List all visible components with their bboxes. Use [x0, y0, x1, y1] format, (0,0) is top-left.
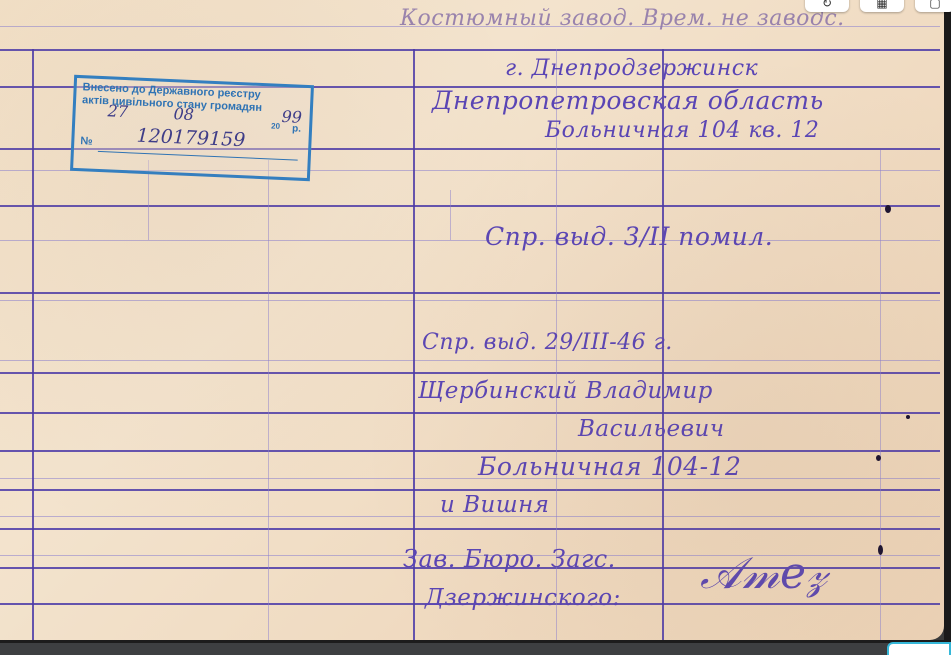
entry-full-name: Щербинский Владимир: [418, 378, 713, 404]
column-line: [32, 49, 34, 640]
rule-line: [0, 205, 940, 207]
header-note: Костюмный завод. Врем. не заводс.: [400, 6, 845, 31]
rotate-icon: ↻: [822, 0, 832, 10]
column-line: [268, 160, 269, 640]
stamp-year-suffix: р.: [292, 122, 301, 135]
rule-line: [0, 49, 940, 51]
image-viewer: Костюмный завод. Врем. не заводс. Внесен…: [0, 0, 951, 655]
entry-region: Днепропетровская область: [432, 86, 824, 115]
rule-line: [0, 300, 940, 301]
viewer-bottom-bar: [0, 640, 951, 655]
grid-button[interactable]: ▦: [860, 0, 904, 12]
entry-street: Больничная 104 кв. 12: [545, 118, 819, 143]
corner-panel-tab[interactable]: [887, 642, 951, 655]
entry-certificate-1: Спр. выд. 3/II помил.: [485, 222, 773, 251]
entry-district: Дзержинского:: [425, 585, 621, 611]
registry-stamp: Внесено до Державного реєстру актів циві…: [70, 75, 314, 181]
rule-line: [0, 528, 940, 530]
entry-city: г. Днепродзержинск: [505, 56, 758, 81]
ink-speck: [876, 455, 881, 461]
stamp-underline: [98, 151, 298, 161]
stamp-number-label: №: [80, 135, 93, 149]
rule-line: [0, 360, 940, 361]
entry-office: Зав. Бюро. Загс.: [403, 545, 616, 573]
rule-line: [0, 372, 940, 374]
entry-patronymic: Васильевич: [578, 416, 725, 442]
window-button[interactable]: ▢: [915, 0, 951, 12]
ink-speck: [878, 545, 883, 555]
window-icon: ▢: [929, 0, 940, 10]
rule-line: [0, 412, 940, 414]
stamp-day: 27: [107, 104, 128, 118]
scan-edge: [944, 0, 951, 655]
stamp-year-prefix: 20: [271, 119, 280, 132]
rule-line: [0, 489, 940, 491]
rule-line: [0, 478, 940, 479]
column-line: [880, 150, 881, 640]
grid-icon: ▦: [876, 0, 887, 10]
rule-line: [0, 292, 940, 294]
entry-street-3: и Вишня: [440, 492, 550, 518]
stamp-month: 08: [173, 107, 194, 121]
stamp-number: 120179159: [136, 130, 245, 148]
ink-speck: [906, 415, 910, 419]
scanned-document-page: Костюмный завод. Врем. не заводс. Внесен…: [0, 0, 944, 640]
column-line: [450, 190, 451, 240]
entry-certificate-2: Спр. выд. 29/III-46 г.: [422, 330, 673, 355]
rule-line: [0, 450, 940, 452]
ink-speck: [885, 205, 891, 213]
entry-street-2: Больничная 104-12: [478, 452, 741, 481]
rotate-button[interactable]: ↻: [805, 0, 849, 12]
rule-line: [0, 240, 940, 241]
signature: 𝒜𝓂𝑒𝓏: [700, 548, 827, 599]
